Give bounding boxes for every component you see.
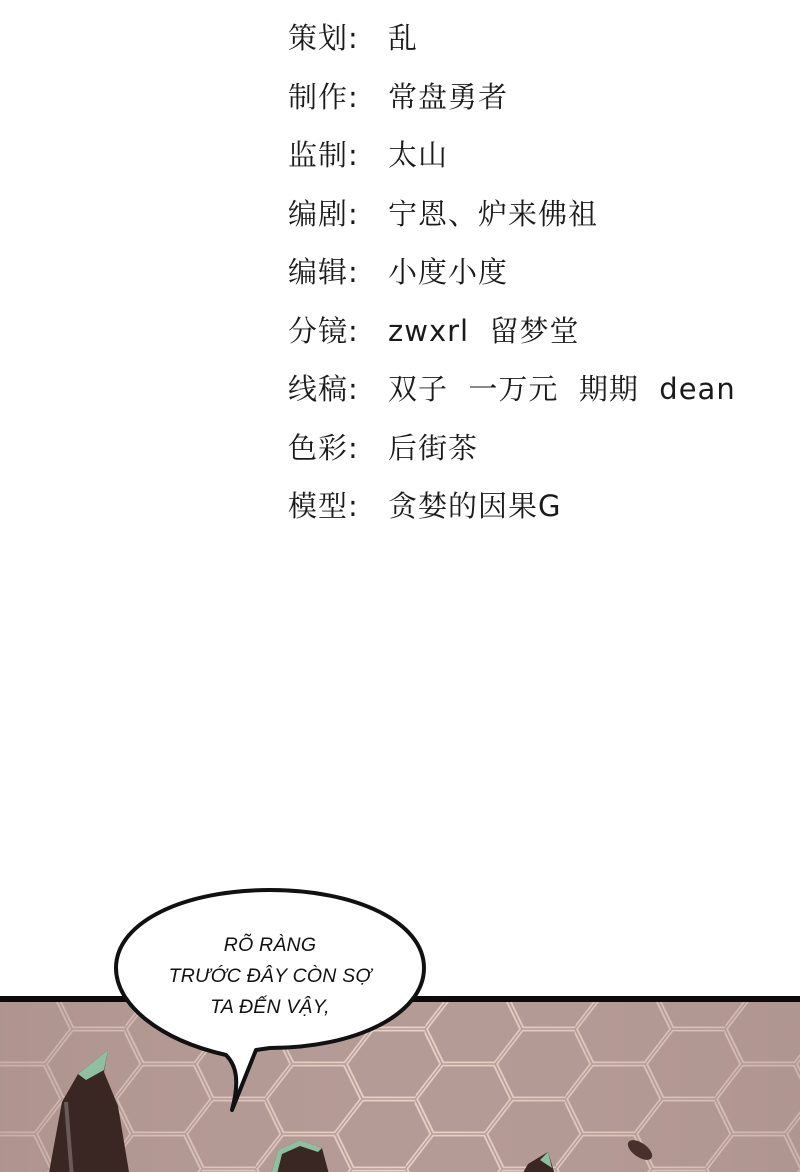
credit-role: 编辑: — [288, 252, 388, 292]
hexagon-floor-illustration — [0, 1002, 800, 1172]
speech-bubble-text: RÕ RÀNG TRƯỚC ĐÂY CÒN SỢ TA ĐẾN VẬY, — [140, 930, 400, 1023]
speech-line: TA ĐẾN VẬY, — [140, 992, 400, 1023]
credit-role: 策划: — [288, 18, 388, 58]
credit-role: 线稿: — [288, 369, 388, 409]
comic-panel — [0, 996, 800, 1172]
credit-row-planning: 策划: 乱 — [288, 18, 736, 77]
credit-role: 模型: — [288, 486, 388, 526]
credit-role: 分镜: — [288, 311, 388, 351]
credits-list: 策划: 乱 制作: 常盘勇者 监制: 太山 编剧: 宁恩、炉来佛祖 编辑: 小度… — [288, 18, 736, 545]
credit-row-lineart: 线稿: 双子 一万元 期期 dean — [288, 369, 736, 428]
credit-value: 贪婪的因果G — [388, 486, 561, 526]
speech-line: TRƯỚC ĐÂY CÒN SỢ — [140, 961, 400, 992]
credit-role: 监制: — [288, 135, 388, 175]
speech-line: RÕ RÀNG — [140, 930, 400, 961]
credit-role: 色彩: — [288, 428, 388, 468]
credit-row-screenwriter: 编剧: 宁恩、炉来佛祖 — [288, 194, 736, 253]
credit-role: 编剧: — [288, 194, 388, 234]
credit-row-production: 制作: 常盘勇者 — [288, 77, 736, 136]
credit-value: 小度小度 — [388, 252, 508, 292]
credit-value: 常盘勇者 — [388, 77, 508, 117]
credit-value: zwxrl 留梦堂 — [388, 311, 580, 351]
credit-value: 双子 一万元 期期 dean — [388, 369, 736, 409]
credit-row-editor: 编辑: 小度小度 — [288, 252, 736, 311]
credit-row-model: 模型: 贪婪的因果G — [288, 486, 736, 545]
credit-row-color: 色彩: 后街茶 — [288, 428, 736, 487]
credit-value: 太山 — [388, 135, 448, 175]
credit-value: 后街茶 — [388, 428, 478, 468]
credit-role: 制作: — [288, 77, 388, 117]
credit-value: 乱 — [388, 18, 418, 58]
credit-row-storyboard: 分镜: zwxrl 留梦堂 — [288, 311, 736, 370]
credit-row-supervisor: 监制: 太山 — [288, 135, 736, 194]
credit-value: 宁恩、炉来佛祖 — [388, 194, 598, 234]
